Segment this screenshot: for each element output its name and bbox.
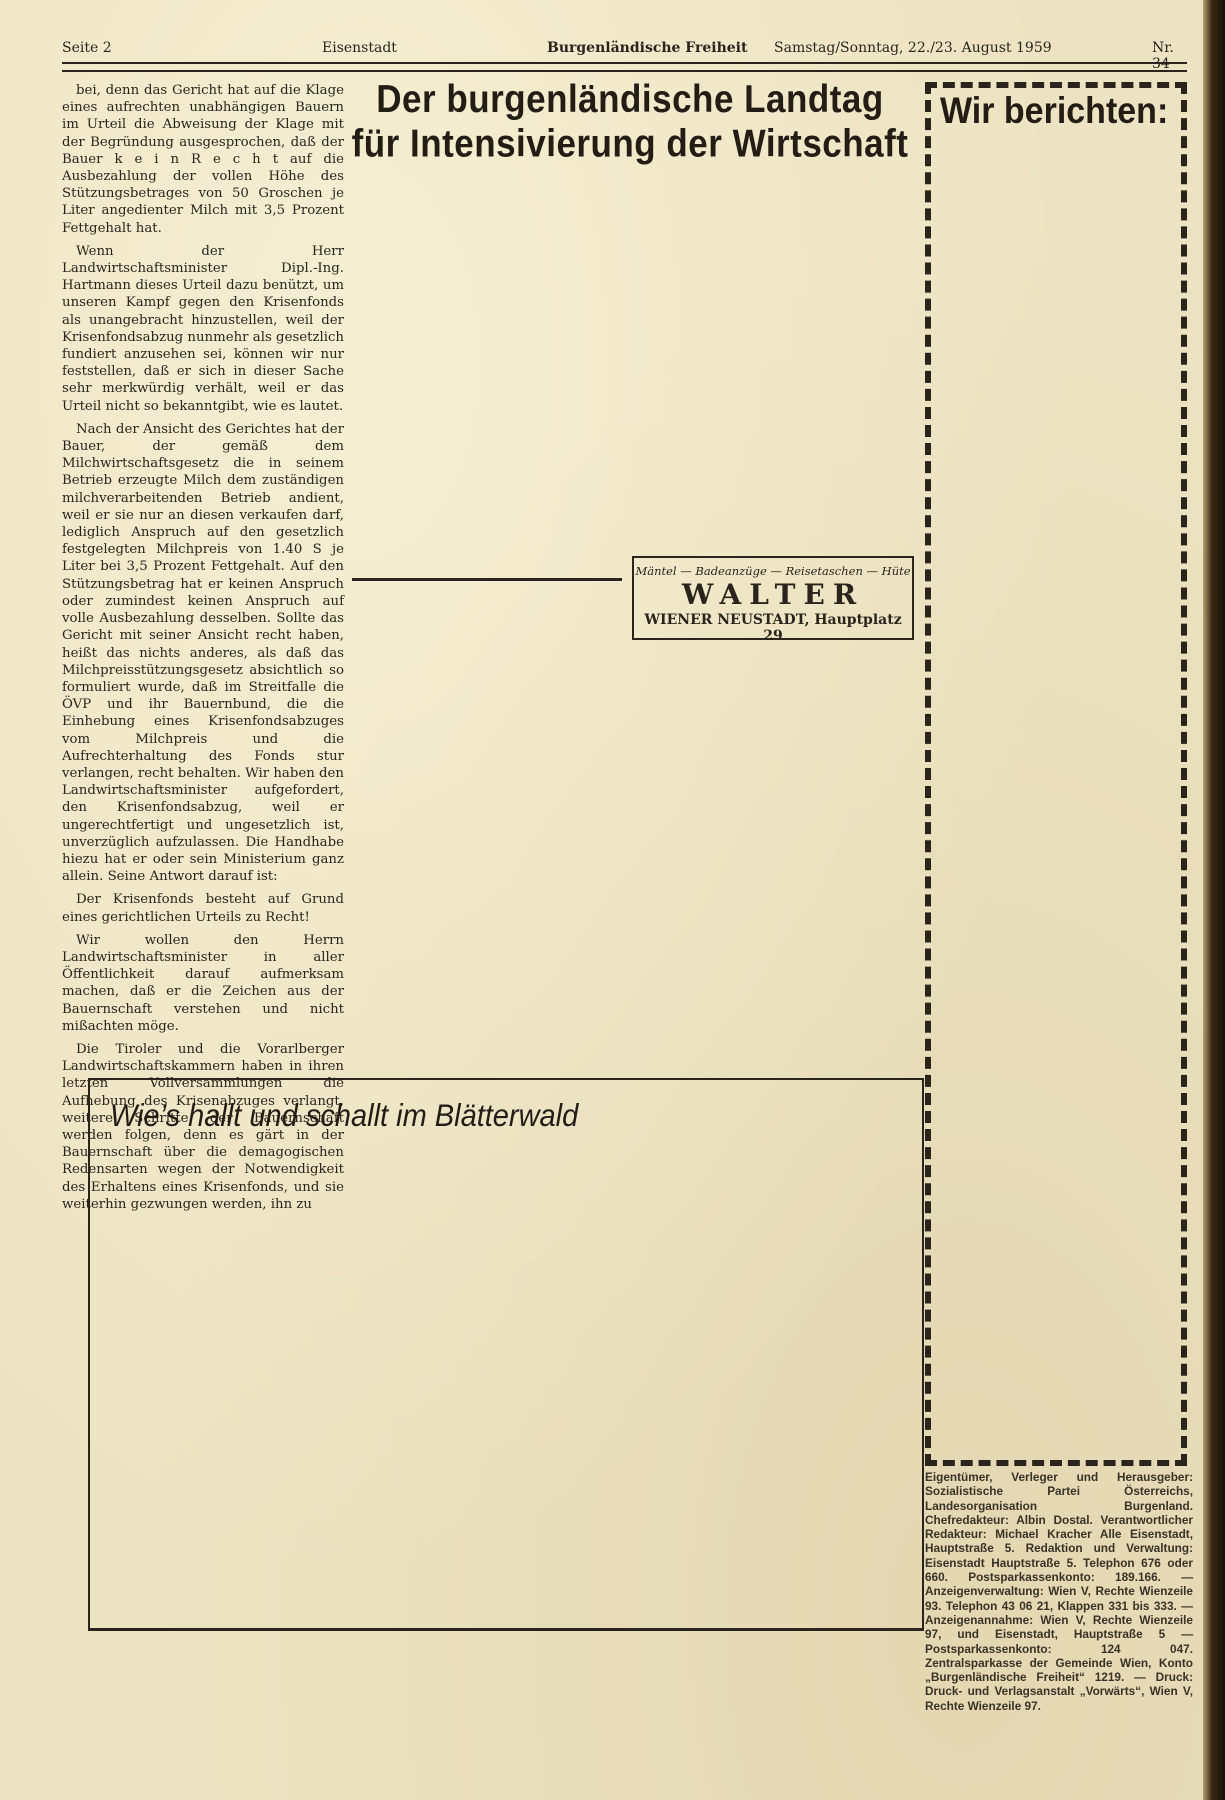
sidebar-frame <box>925 82 1187 1466</box>
imprint: Eigentümer, Verleger und Herausgeber: So… <box>925 1470 1193 1713</box>
paragraph: Der Krisenfonds besteht auf Grund eines … <box>62 891 344 925</box>
section-divider <box>352 578 622 581</box>
ad-products: Mäntel — Badeanzüge — Reisetaschen — Hüt… <box>634 564 912 578</box>
ad-brand: WALTER <box>634 578 912 612</box>
walter-advertisement: Mäntel — Badeanzüge — Reisetaschen — Hüt… <box>632 556 914 640</box>
newspaper-name: Burgenländische Freiheit <box>547 40 747 56</box>
paragraph: Nach der Ansicht des Gerichtes hat der B… <box>62 421 344 885</box>
blaetterwald-title: Wie’s hallt und schallt im Blätterwald <box>110 1098 578 1134</box>
sidebar-title: Wir berichten: <box>940 90 1168 133</box>
page-number: Seite 2 <box>62 40 112 56</box>
issue-date: Samstag/Sonntag, 22./23. August 1959 <box>774 40 1052 56</box>
page-edge-shadow <box>1203 0 1225 1800</box>
paragraph: Wir wollen den Herrn Landwirtschaftsmini… <box>62 932 344 1035</box>
newspaper-page: Seite 2 Eisenstadt Burgenländische Freih… <box>0 0 1205 1800</box>
page-header: Seite 2 Eisenstadt Burgenländische Freih… <box>62 40 1187 62</box>
place-name: Eisenstadt <box>322 40 397 56</box>
blaetterwald-frame <box>88 1078 924 1631</box>
ad-address: WIENER NEUSTADT, Hauptplatz 29 <box>634 612 912 644</box>
paragraph: Wenn der Herr Landwirtschaftsminister Di… <box>62 243 344 415</box>
headline-line-1: Der burgenländische Landtag <box>350 77 910 122</box>
header-rule <box>62 62 1187 72</box>
main-headline: Der burgenländische Landtag für Intensiv… <box>350 77 910 167</box>
headline-line-2: für Intensivierung der Wirtschaft <box>350 122 910 167</box>
milk-article-column: bei, denn das Gericht hat auf die Klage … <box>62 82 344 1219</box>
paragraph: bei, denn das Gericht hat auf die Klage … <box>62 82 344 237</box>
